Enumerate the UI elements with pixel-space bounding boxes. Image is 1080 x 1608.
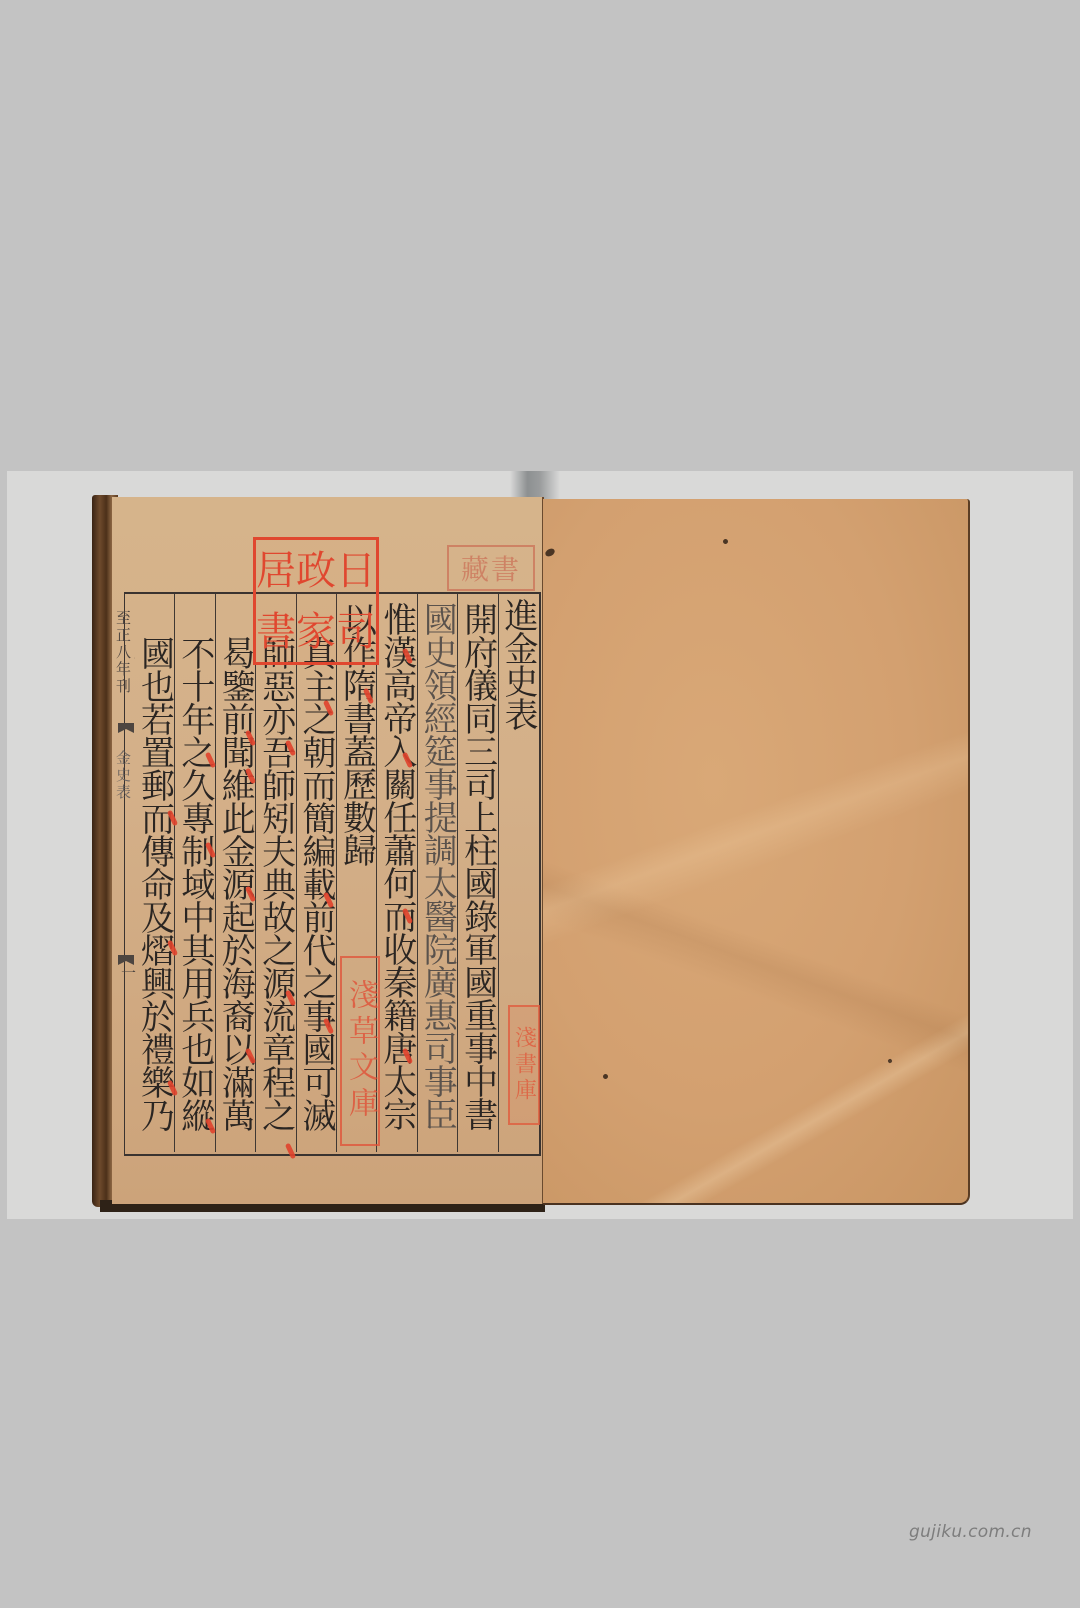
collector-seal-large: 居 政 日 書 家 司 [253,537,379,665]
right-page-blank [543,499,970,1205]
text-columns: 進金史表 開府儀同三司上柱國錄軍國重事中書右丞相監修 國史領經筵事提調太醫院廣惠… [134,594,538,1152]
text-column: 開府儀同三司上柱國錄軍國重事中書右丞相監修 [457,594,497,1152]
site-watermark: gujiku.com.cn [909,1522,1032,1542]
seal-glyph: 日 [336,551,376,591]
text-column: 國史領經筵事提調太醫院廣惠司事臣阿魯圖言竊 [417,594,457,1152]
seal-glyph: 家 [296,612,336,652]
text-column: 國也若置郵而傳命及熠興於禮樂乃煥有乎聲明當 [134,594,174,1152]
text-column: 師惡亦吾師矧夫典故之源流章程之沿革不披往牒 [255,594,295,1152]
worm-hole [887,1058,892,1063]
asakusa-bunko-seal: 淺草文庫 [340,956,380,1146]
gutter-shadow [510,471,560,499]
seal-glyph: 政 [296,551,336,591]
banxin-edition: 至正八年刊 [112,600,134,720]
seal-glyph: 司 [336,612,376,652]
banxin-title: 金史表 [112,740,134,860]
seal-glyph: 書 [256,612,296,652]
text-column: 惟漢高帝入關任蕭何而收秦籍唐太宗即祚命魏徵 [376,594,416,1152]
text-column: 不十年之久專制域中其用兵也如縱燎而乘風其得 [174,594,214,1152]
seal-glyph: 居 [256,551,296,591]
text-column: 曷鑒前聞維此金源起於海裔以滿萬之衆橫行天下 [215,594,255,1152]
worm-hole [544,547,556,558]
collector-seal-faint: 藏書 [447,545,535,591]
library-seal-right: 淺書庫 [508,1005,540,1125]
worm-hole [602,1073,609,1080]
worm-hole [722,538,729,545]
text-column: 真主之朝而簡編載前代之事國可滅史不可滅善吾 [296,594,336,1152]
